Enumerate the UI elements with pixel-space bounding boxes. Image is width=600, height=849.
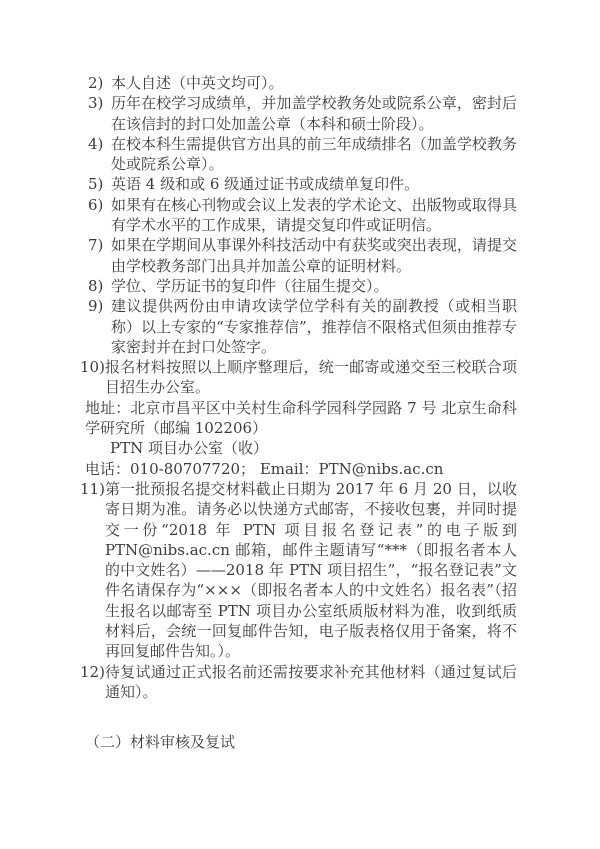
- phone-email-line: 电话：010-80707720； Email：PTN@nibs.ac.cn: [85, 459, 517, 479]
- item-text: 本人自述（中英文均可）。: [111, 73, 517, 93]
- item-text: 报名材料按照以上顺序整理后，统一邮寄或递交至三校联合项目招生办公室。: [105, 357, 517, 398]
- item-marker: 4): [88, 134, 111, 175]
- item-marker: 10): [80, 357, 105, 398]
- item-marker: 6): [88, 195, 111, 236]
- list-item-11: 11) 第一批预报名提交材料截止日期为 2017 年 6 月 20 日，以收寄日…: [80, 479, 517, 662]
- list-item-10: 10) 报名材料按照以上顺序整理后，统一邮寄或递交至三校联合项目招生办公室。: [80, 357, 517, 398]
- item-text: 如果在学期间从事课外科技活动中有获奖或突出表现，请提交由学校教务部门出具并加盖公…: [111, 235, 517, 276]
- item-marker: 8): [88, 276, 111, 296]
- item-text: 第一批预报名提交材料截止日期为 2017 年 6 月 20 日，以收寄日期为准。…: [105, 479, 517, 662]
- list-item-4: 4) 在校本科生需提供官方出具的前三年成绩排名（加盖学校教务处或院系公章）。: [88, 134, 517, 175]
- list-item-7: 7) 如果在学期间从事课外科技活动中有获奖或突出表现，请提交由学校教务部门出具并…: [88, 235, 517, 276]
- list-item-8: 8) 学位、学历证书的复印件（往届生提交）。: [88, 276, 517, 296]
- section-heading: （二）材料审核及复试: [85, 732, 517, 752]
- item-marker: 3): [88, 93, 111, 134]
- document-page: 2) 本人自述（中英文均可）。 3) 历年在校学习成绩单，并加盖学校教务处或院系…: [0, 0, 600, 849]
- item-text: 建议提供两份由申请攻读学位学科有关的副教授（或相当职称）以上专家的“专家推荐信”…: [111, 296, 517, 357]
- list-item-2: 2) 本人自述（中英文均可）。: [88, 73, 517, 93]
- item-marker: 9): [88, 296, 111, 357]
- address-recipient-line: PTN 项目办公室（收）: [110, 438, 517, 458]
- item-text: 待复试通过正式报名前还需按要求补充其他材料（通过复试后通知）。: [105, 662, 517, 703]
- list-item-3: 3) 历年在校学习成绩单，并加盖学校教务处或院系公章，密封后在该信封的封口处加盖…: [88, 93, 517, 134]
- item-marker: 7): [88, 235, 111, 276]
- address-line: 地址：北京市昌平区中关村生命科学园科学园路 7 号 北京生命科学研究所（邮编 1…: [85, 398, 517, 439]
- list-item-5: 5) 英语 4 级和或 6 级通过证书或成绩单复印件。: [88, 174, 517, 194]
- item-text: 在校本科生需提供官方出具的前三年成绩排名（加盖学校教务处或院系公章）。: [111, 134, 517, 175]
- item-text: 历年在校学习成绩单，并加盖学校教务处或院系公章，密封后在该信封的封口处加盖公章（…: [111, 93, 517, 134]
- list-item-12: 12) 待复试通过正式报名前还需按要求补充其他材料（通过复试后通知）。: [80, 662, 517, 703]
- item-text: 如果有在核心刊物或会议上发表的学术论文、出版物或取得具有学术水平的工作成果，请提…: [111, 195, 517, 236]
- item-text: 英语 4 级和或 6 级通过证书或成绩单复印件。: [111, 174, 517, 194]
- item-marker: 11): [80, 479, 105, 662]
- item-marker: 5): [88, 174, 111, 194]
- list-item-6: 6) 如果有在核心刊物或会议上发表的学术论文、出版物或取得具有学术水平的工作成果…: [88, 195, 517, 236]
- item-text: 学位、学历证书的复印件（往届生提交）。: [111, 276, 517, 296]
- item-marker: 12): [80, 662, 105, 703]
- list-item-9: 9) 建议提供两份由申请攻读学位学科有关的副教授（或相当职称）以上专家的“专家推…: [88, 296, 517, 357]
- item-marker: 2): [88, 73, 111, 93]
